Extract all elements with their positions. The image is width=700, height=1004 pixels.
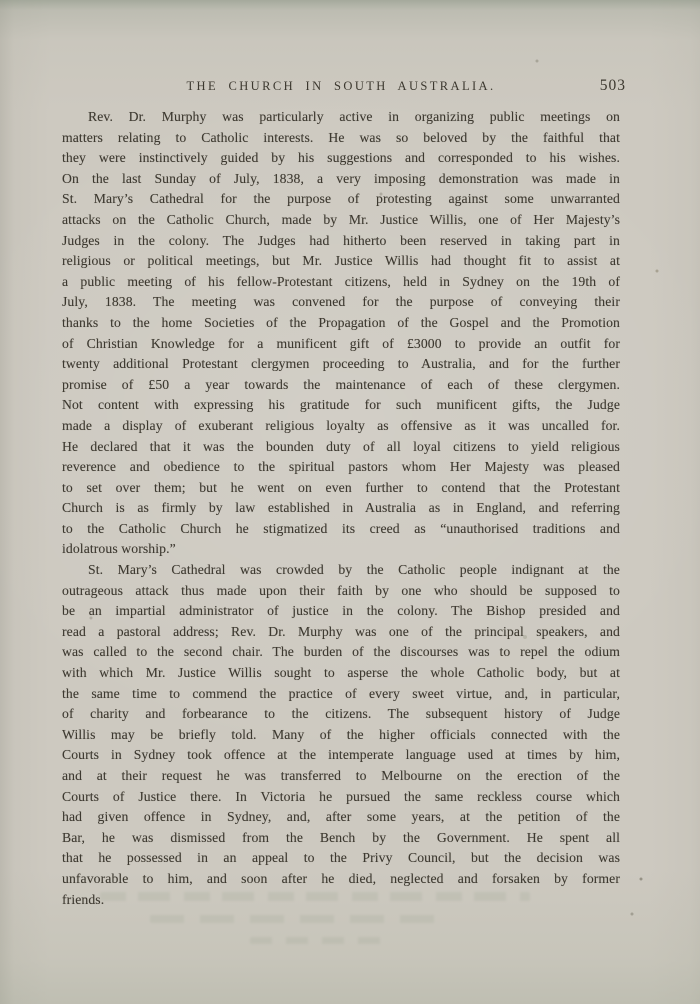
show-through-text: [100, 892, 530, 901]
text-line: Courts in Sydney took offence at the int…: [62, 745, 620, 766]
text-line: attacks on the Catholic Church, made by …: [62, 210, 620, 231]
text-line: Willis may be briefly told. Many of the …: [62, 725, 620, 746]
text-line: thanks to the home Societies of the Prop…: [62, 313, 620, 334]
text-line: On the last Sunday of July, 1838, a very…: [62, 169, 620, 190]
text-line: unfavorable to him, and soon after he di…: [62, 869, 620, 890]
text-line: to the Catholic Church he stigmatized it…: [62, 519, 620, 540]
text-line: to set over them; but he went on even fu…: [62, 478, 620, 499]
text-line: of Christian Knowledge for a munificent …: [62, 334, 620, 355]
text-line: Courts of Justice there. In Victoria he …: [62, 787, 620, 808]
text-line: Church is as firmly by law established i…: [62, 498, 620, 519]
text-line: of charity and forbearance to the citize…: [62, 704, 620, 725]
text-line: Judges in the colony. The Judges had hit…: [62, 231, 620, 252]
text-line: and at their request he was transferred …: [62, 766, 620, 787]
paper-specks: [0, 0, 2, 2]
text-line: He declared that it was the bounden duty…: [62, 437, 620, 458]
show-through-text: [250, 937, 390, 944]
paragraph: Rev. Dr. Murphy was particularly active …: [62, 107, 620, 560]
text-line: a public meeting of his fellow-Protestan…: [62, 272, 620, 293]
text-line: St. Mary’s Cathedral for the purpose of …: [62, 189, 620, 210]
text-line: was called to the second chair. The burd…: [62, 642, 620, 663]
text-line: July, 1838. The meeting was convened for…: [62, 292, 620, 313]
book-page: THE CHURCH IN SOUTH AUSTRALIA. 503 Rev. …: [0, 0, 700, 1004]
text-line: idolatrous worship.”: [62, 539, 620, 560]
text-line: promise of £50 a year towards the mainte…: [62, 375, 620, 396]
text-line: read a pastoral address; Rev. Dr. Murphy…: [62, 622, 620, 643]
page-number: 503: [600, 77, 626, 95]
text-line: religious or political meetings, but Mr.…: [62, 251, 620, 272]
text-line: outrageous attack thus made upon their f…: [62, 581, 620, 602]
running-head: THE CHURCH IN SOUTH AUSTRALIA. 503: [62, 79, 620, 99]
text-line: Rev. Dr. Murphy was particularly active …: [62, 107, 620, 128]
text-line: be an impartial administrator of justice…: [62, 601, 620, 622]
text-line: twenty additional Protestant clergymen p…: [62, 354, 620, 375]
text-line: with which Mr. Justice Willis sought to …: [62, 663, 620, 684]
text-line: had given offence in Sydney, and, after …: [62, 807, 620, 828]
paragraph: St. Mary’s Cathedral was crowded by the …: [62, 560, 620, 910]
text-line: Bar, he was dismissed from the Bench by …: [62, 828, 620, 849]
text-line: made a display of exuberant religious lo…: [62, 416, 620, 437]
text-line: reverence and obedience to the spiritual…: [62, 457, 620, 478]
text-line: they were instinctively guided by his su…: [62, 148, 620, 169]
text-line: St. Mary’s Cathedral was crowded by the …: [62, 560, 620, 581]
text-line: that he possessed in an appeal to the Pr…: [62, 848, 620, 869]
text-line: matters relating to Catholic interests. …: [62, 128, 620, 149]
page-title: THE CHURCH IN SOUTH AUSTRALIA.: [62, 79, 620, 94]
text-line: the same time to commend the practice of…: [62, 684, 620, 705]
show-through-text: [150, 915, 450, 923]
text-block: Rev. Dr. Murphy was particularly active …: [62, 107, 620, 910]
text-line: Not content with expressing his gratitud…: [62, 395, 620, 416]
